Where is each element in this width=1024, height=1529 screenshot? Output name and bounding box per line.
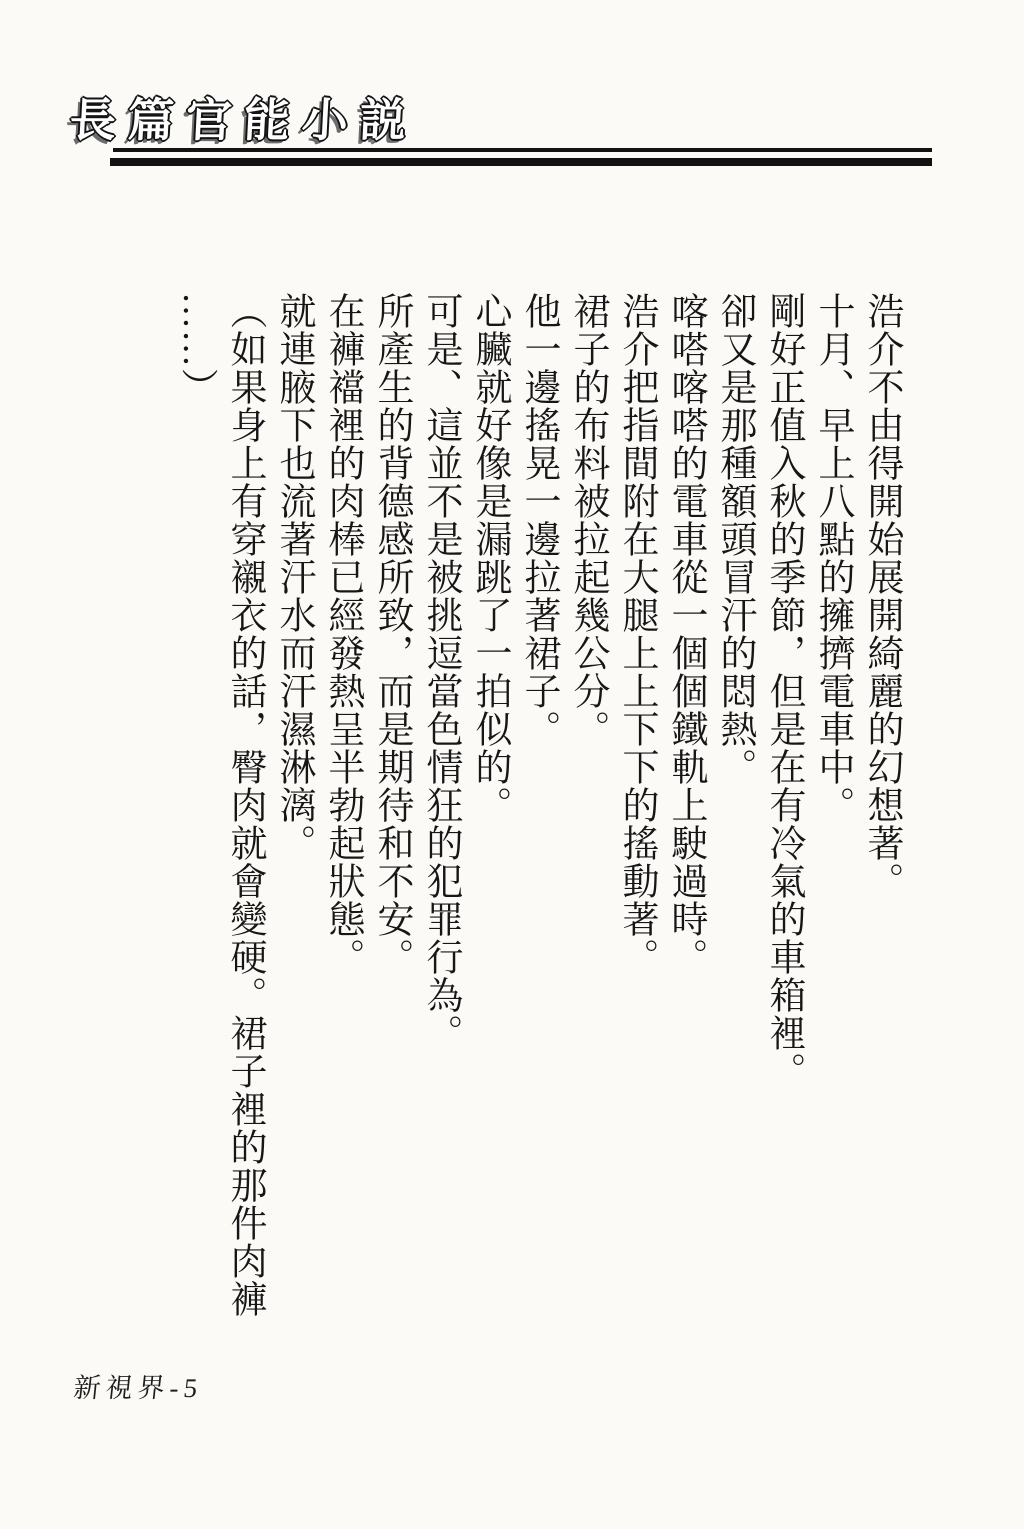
text-column: 在褲襠裡的肉棒已經發熱呈半勃起狀態。 — [318, 292, 367, 1332]
text-column: 裙子的布料被拉起幾公分。 — [563, 292, 612, 1332]
series-title: 長篇官能小説 — [68, 84, 419, 150]
text-column: 浩介不由得開始展開綺麗的幻想著。 — [857, 292, 906, 1332]
scanned-book-page: 長篇官能小説 浩介不由得開始展開綺麗的幻想著。 十月、早上八點的擁擠電車中。 剛… — [0, 0, 1024, 1529]
text-column: 心臟就好像是漏跳了一拍似的。 — [465, 292, 514, 1332]
text-column: ……） — [171, 292, 220, 1332]
text-column: 浩介把指間附在大腿上上下下的搖動著。 — [612, 292, 661, 1332]
vertical-text-block: 浩介不由得開始展開綺麗的幻想著。 十月、早上八點的擁擠電車中。 剛好正值入秋的季… — [171, 292, 906, 1332]
text-column: （如果身上有穿襯衣的話，臀肉就會變硬。裙子裡的那件肉褲 — [220, 292, 269, 1332]
header-divider-thin — [113, 148, 932, 152]
text-column: 十月、早上八點的擁擠電車中。 — [808, 292, 857, 1332]
text-column: 所產生的背德感所致，而是期待和不安。 — [367, 292, 416, 1332]
text-column: 可是、這並不是被挑逗當色情狂的犯罪行為。 — [416, 292, 465, 1332]
header-divider-thick — [110, 158, 932, 166]
text-column: 卻又是那種額頭冒汗的悶熱。 — [710, 292, 759, 1332]
text-column: 就連腋下也流著汗水而汗濕淋漓。 — [269, 292, 318, 1332]
imprint-page-label: 新視界-5 — [72, 1366, 205, 1405]
text-column: 喀嗒喀嗒的電車從一個個鐵軌上駛過時。 — [661, 292, 710, 1332]
text-column: 剛好正值入秋的季節，但是在有冷氣的車箱裡。 — [759, 292, 808, 1332]
text-column: 他一邊搖晃一邊拉著裙子。 — [514, 292, 563, 1332]
